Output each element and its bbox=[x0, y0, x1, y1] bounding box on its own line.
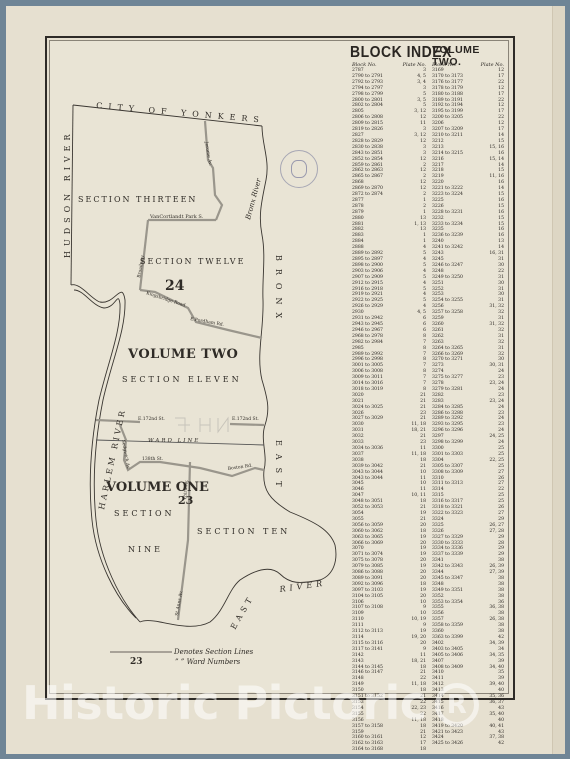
label-e-172-east: E.172nd St. bbox=[232, 416, 259, 422]
label-broadway: Broadway bbox=[136, 254, 146, 278]
plate-number: 18 bbox=[420, 747, 426, 753]
label-section-thirteen: SECTION THIRTEEN bbox=[78, 195, 197, 204]
label-bronx: BRONX bbox=[274, 255, 283, 326]
label-st-anns-av: St.Anns Av. bbox=[174, 590, 184, 617]
label-east-river: RIVER bbox=[278, 579, 327, 595]
label-boston-rd: Boston Rd. bbox=[227, 462, 253, 471]
index-row: 3425 to 342642 bbox=[432, 741, 504, 747]
index-column-right: Block No. Plate No. 3169123170 to 317317… bbox=[432, 62, 504, 747]
legend-ward-numbers: ” ” Ward Numbers bbox=[175, 658, 241, 666]
label-section-eleven: SECTION ELEVEN bbox=[122, 375, 242, 384]
block-index: BLOCK INDEX VOLUME TWO. Block No. Plate … bbox=[340, 42, 506, 690]
label-volume-one: VOLUME ONE bbox=[105, 480, 209, 495]
label-section-twelve: SECTION TWELVE bbox=[140, 257, 245, 266]
label-jerome-av: Jerome Av. bbox=[203, 140, 213, 166]
registered-icon: R bbox=[435, 683, 479, 727]
label-east: EAST bbox=[229, 593, 256, 631]
label-sedgwick-av: Sedgwick Av. bbox=[120, 439, 131, 470]
label-section-nine-b: NINE bbox=[128, 545, 163, 554]
index-row: 3164 to 316818 bbox=[352, 747, 426, 753]
label-ward-24: 24 bbox=[165, 278, 185, 294]
plate-number: 42 bbox=[498, 741, 504, 747]
legend-section-lines: Denotes Section Lines bbox=[173, 648, 254, 656]
block-number: 3164 to 3168 bbox=[352, 747, 383, 753]
label-hudson-river: HUDSON RIVER bbox=[63, 129, 72, 258]
label-section-nine-a: SECTION bbox=[114, 509, 175, 518]
label-e-fordham-rd: E.Fordham Rd. bbox=[190, 316, 225, 328]
watermark-text: Historic Pictoric bbox=[22, 676, 427, 730]
label-bronx-river: Bronx River bbox=[244, 177, 263, 222]
label-e-172-west: E.172nd St. bbox=[138, 416, 165, 422]
label-section-ten: SECTION TEN bbox=[197, 527, 290, 536]
label-volume-two: VOLUME TWO bbox=[127, 347, 238, 362]
label-east-bronx: EAST bbox=[274, 440, 283, 494]
library-stamp-icon bbox=[280, 150, 318, 188]
legend-ward-sample: 23 bbox=[130, 657, 143, 667]
block-number: 3425 to 3426 bbox=[432, 741, 463, 747]
label-city-of-yonkers: CITY OF YONKERS bbox=[96, 101, 265, 125]
watermark: Historic PictoricR bbox=[22, 676, 479, 730]
label-ward-line: WARD LINE bbox=[148, 438, 200, 444]
index-column-left: Block No. Plate No. 278732790 to 27914, … bbox=[352, 62, 426, 753]
label-van-cortlandt: VanCortlandt Park S. bbox=[149, 214, 204, 220]
label-138th-st: 138th St. bbox=[142, 456, 164, 462]
